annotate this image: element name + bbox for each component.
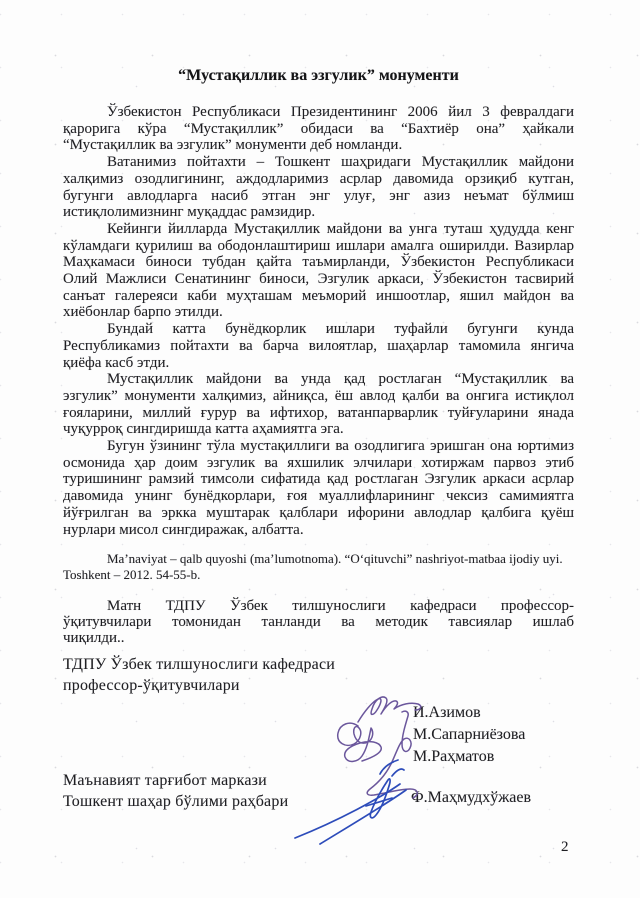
signature-mahmudkhujaev [370,779,390,818]
document-body: Ўзбекистон Республикаси Президентининг 2… [0,104,640,538]
source-reference: Ma’naviyat – qalb quyoshi (ma’lumotnoma)… [0,551,640,582]
paragraph-line: Ўзбекистон Республикаси Президентининг 2… [63,104,574,121]
paragraph: Бугун ўзининг тўла мустақиллиги ва озодл… [63,438,574,538]
paragraph-line: халқимиз озодлигининг, аждодларимиз асрл… [63,171,574,188]
paragraph: Мустақиллик майдони ва унда қад ростлага… [63,371,574,438]
paragraph-line: истиқлолимизнинг муқаддас рамзидир. [63,204,574,221]
paragraph-line: ғояларини, миллий ғурур ва ифтихор, вата… [63,405,574,422]
signatory-names: И.АзимовМ.СапарниёзоваМ.Раҳматов [413,702,525,768]
page-number: 2 [561,839,569,856]
paragraph-line: “Мустақиллик ва эзгулик” монументи деб н… [63,137,574,154]
paragraph-line: давомида унинг бунёдкорлари, ғоя муаллиф… [63,488,574,505]
signature-azimov [358,697,421,722]
paragraph-line: осмонида ҳар доим эзгулик ва яхшилик элч… [63,455,574,472]
department-line: профессор-ўқитувчилари [63,675,574,696]
signatory-name: М.Сапарниёзова [413,724,525,746]
official-role-line: Тошкент шаҳар бўлими раҳбари [63,792,288,813]
note-line: чиқилди.. [63,630,574,646]
document-title: “Мустақиллик ва эзгулик” монументи [0,66,640,86]
paragraph-line: Бундай катта бунёдкорлик ишлари туфайли … [63,321,574,338]
signature-saparniyozova [338,723,382,761]
paragraph-line: эзгулик” монументи халқимиз, айниқса, ёш… [63,388,574,405]
selection-note: Матн ТДПУ Ўзбек тилшунослиги кафедраси п… [0,598,640,646]
paragraph-line: нурлари мисол сингдиражак, албатта. [63,522,574,539]
paragraph: Ўзбекистон Республикаси Президентининг 2… [63,104,574,154]
signature-mahmudkhujaev-tick [380,760,404,776]
official-role-block: Маънавият тарғибот марказиТошкент шаҳар … [63,771,288,812]
signatory-name: И.Азимов [413,702,525,724]
signature-rahmatov [367,711,417,798]
note-line: Матн ТДПУ Ўзбек тилшунослиги кафедраси п… [63,598,574,614]
paragraph-line: бугунги авлодларга насиб этган энг улуғ,… [63,188,574,205]
paragraph: Бундай катта бунёдкорлик ишлари туфайли … [63,321,574,371]
paragraph-line: санъат галереяси каби муҳташам меъморий … [63,288,574,305]
signatory-name: М.Раҳматов [413,746,525,768]
reference-line: Ma’naviyat – qalb quyoshi (ma’lumotnoma)… [63,551,574,567]
paragraph-line: қиёфа касб этди. [63,355,574,372]
signature-mahmudkhujaev-stroke1 [295,784,400,838]
paragraph: Ватанимиз пойтахти – Тошкент шаҳридаги М… [63,154,574,221]
paragraph: Кейинги йилларда Мустақиллик майдони ва … [63,221,574,321]
scanned-document-page: “Мустақиллик ва эзгулик” монументи Ўзбек… [0,0,640,898]
paragraph-line: қарорига кўра “Мустақиллик” обидаси ва “… [63,121,574,138]
paragraph-line: Мустақиллик майдони ва унда қад ростлага… [63,371,574,388]
paragraph-line: Бугун ўзининг тўла мустақиллиги ва озодл… [63,438,574,455]
paragraph-line: Маҳкамаси биноси тубдан қайта таъмирланд… [63,254,574,271]
note-line: ўқитувчилари томонидан танланди ва метод… [63,614,574,630]
paragraph-line: Республикамиз пойтахти ва барча вилоятла… [63,338,574,355]
signature-mahmudkhujaev-crossbar [366,798,392,806]
department-block: ТДПУ Ўзбек тилшунослиги кафедрасипрофесс… [0,654,640,696]
reference-line: Toshkent – 2012. 54-55-b. [63,567,574,583]
signature-mahmudkhujaev-stroke2 [320,790,406,844]
department-line: ТДПУ Ўзбек тилшунослиги кафедраси [63,654,574,675]
official-role-line: Маънавият тарғибот маркази [63,771,288,792]
paragraph-line: хиёбонлар барпо этилди. [63,304,574,321]
paragraph-line: Кейинги йилларда Мустақиллик майдони ва … [63,221,574,238]
official-name: Ф.Маҳмудхўжаев [411,789,531,807]
paragraph-line: Ватанимиз пойтахти – Тошкент шаҳридаги М… [63,154,574,171]
paragraph-line: Олий Мажлиси Сенатининг биноси, Эзгулик … [63,271,574,288]
paragraph-line: чуқурроқ сингдиришда катта аҳамиятга эга… [63,421,574,438]
paragraph-line: йўғрилган ва эркка муштарак қалблари ифо… [63,505,574,522]
paragraph-line: кўламдаги қурилиш ва ободонлаштириш ишла… [63,238,574,255]
paragraph-line: туришининг рамзий тимсоли сифатида қад р… [63,471,574,488]
